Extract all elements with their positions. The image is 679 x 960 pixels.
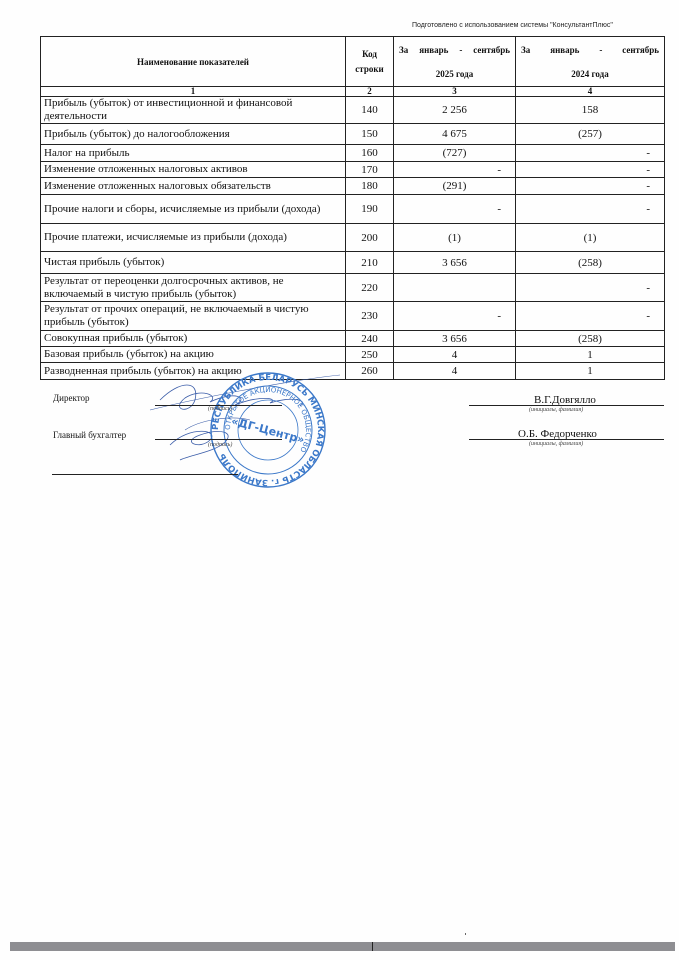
header-current-period: За январь - сентябрь 2025 года	[394, 37, 516, 87]
row-previous-value: (258)	[516, 331, 665, 347]
table-row: Прибыль (убыток) до налогообложения1504 …	[41, 124, 665, 145]
column-number: 3	[394, 87, 516, 97]
header-current-year: 2025 года	[397, 69, 512, 79]
row-name: Прочие платежи, исчисляемые из прибыли (…	[41, 224, 346, 252]
header-previous-period: За январь - сентябрь 2024 года	[516, 37, 665, 87]
row-previous-value: -	[516, 162, 665, 178]
row-previous-value: -	[516, 178, 665, 195]
header-word: сентябрь	[622, 45, 659, 55]
row-current-value: 4	[394, 363, 516, 380]
column-number-row: 1 2 3 4	[41, 87, 665, 97]
row-name: Прибыль (убыток) от инвестиционной и фин…	[41, 97, 346, 124]
stamp-center-text: «ДГ-Центр»	[230, 414, 306, 446]
document-page: Подготовлено с использованием системы "К…	[0, 0, 679, 960]
company-stamp: РЕСПУБЛИКА БЕЛАРУСЬ МИНСКАЯ ОБЛАСТЬ г. З…	[208, 370, 328, 490]
director-signature-caption: (подпись)	[208, 406, 232, 412]
header-word: За	[399, 45, 408, 55]
chief-accountant-name-caption: (инициалы, фамилия)	[529, 441, 583, 447]
row-name: Чистая прибыль (убыток)	[41, 252, 346, 274]
source-note: Подготовлено с использованием системы "К…	[412, 22, 613, 29]
row-code: 160	[346, 145, 394, 162]
row-name: Налог на прибыль	[41, 145, 346, 162]
column-number: 4	[516, 87, 665, 97]
director-role: Директор	[53, 393, 90, 403]
header-word: -	[599, 45, 602, 55]
row-name: Прибыль (убыток) до налогообложения	[41, 124, 346, 145]
row-previous-value: 158	[516, 97, 665, 124]
row-previous-value: -	[516, 302, 665, 331]
header-code: Код строки	[346, 37, 394, 87]
table-row: Изменение отложенных налоговых активов17…	[41, 162, 665, 178]
row-previous-value: -	[516, 274, 665, 302]
row-name: Изменение отложенных налоговых обязатель…	[41, 178, 346, 195]
row-current-value	[394, 274, 516, 302]
scan-edge-tick	[372, 942, 373, 951]
table-row: Изменение отложенных налоговых обязатель…	[41, 178, 665, 195]
header-row: Наименование показателей Код строки За я…	[41, 37, 665, 87]
row-current-value: 2 256	[394, 97, 516, 124]
blank-signature-line	[52, 474, 238, 475]
row-name: Прочие налоги и сборы, исчисляемые из пр…	[41, 195, 346, 224]
table-row: Результат от переоценки долгосрочных акт…	[41, 274, 665, 302]
row-code: 200	[346, 224, 394, 252]
row-previous-value: (257)	[516, 124, 665, 145]
row-code: 210	[346, 252, 394, 274]
header-code-line2: строки	[349, 62, 390, 77]
table-row: Результат от прочих операций, не включае…	[41, 302, 665, 331]
row-code: 250	[346, 347, 394, 363]
table-row: Разводненная прибыль (убыток) на акцию26…	[41, 363, 665, 380]
row-current-value: (1)	[394, 224, 516, 252]
scan-artifact	[465, 933, 466, 935]
row-name: Результат от переоценки долгосрочных акт…	[41, 274, 346, 302]
row-code: 180	[346, 178, 394, 195]
table-row: Базовая прибыль (убыток) на акцию25041	[41, 347, 665, 363]
row-current-value: 3 656	[394, 252, 516, 274]
chief-accountant-name-line	[469, 439, 664, 440]
table-row: Чистая прибыль (убыток)2103 656(258)	[41, 252, 665, 274]
column-number: 1	[41, 87, 346, 97]
row-name: Совокупная прибыль (убыток)	[41, 331, 346, 347]
row-code: 220	[346, 274, 394, 302]
row-current-value: (727)	[394, 145, 516, 162]
row-current-value: 4	[394, 347, 516, 363]
table-row: Совокупная прибыль (убыток)2403 656(258)	[41, 331, 665, 347]
header-previous-year: 2024 года	[519, 69, 661, 79]
row-previous-value: -	[516, 195, 665, 224]
chief-accountant-role: Главный бухгалтер	[53, 430, 126, 440]
row-code: 230	[346, 302, 394, 331]
row-code: 240	[346, 331, 394, 347]
director-name-caption: (инициалы, фамилия)	[529, 407, 583, 413]
row-current-value: 4 675	[394, 124, 516, 145]
row-previous-value: (1)	[516, 224, 665, 252]
row-current-value: -	[394, 162, 516, 178]
row-code: 170	[346, 162, 394, 178]
table-row: Прибыль (убыток) от инвестиционной и фин…	[41, 97, 665, 124]
row-current-value: -	[394, 302, 516, 331]
header-word: январь	[550, 45, 579, 55]
row-code: 140	[346, 97, 394, 124]
row-name: Изменение отложенных налоговых активов	[41, 162, 346, 178]
row-current-value: -	[394, 195, 516, 224]
row-previous-value: (258)	[516, 252, 665, 274]
header-word: За	[521, 45, 530, 55]
header-word: -	[459, 45, 462, 55]
header-word: январь	[419, 45, 448, 55]
row-name: Результат от прочих операций, не включае…	[41, 302, 346, 331]
chief-accountant-signature-caption: (подпись)	[208, 442, 232, 448]
column-number: 2	[346, 87, 394, 97]
table-row: Прочие налоги и сборы, исчисляемые из пр…	[41, 195, 665, 224]
row-name: Базовая прибыль (убыток) на акцию	[41, 347, 346, 363]
director-name-line	[469, 405, 664, 406]
income-statement-table: Наименование показателей Код строки За я…	[40, 36, 665, 380]
table-row: Прочие платежи, исчисляемые из прибыли (…	[41, 224, 665, 252]
chief-accountant-signature-line	[155, 439, 282, 440]
row-current-value: 3 656	[394, 331, 516, 347]
scan-edge-bar	[10, 942, 675, 951]
row-previous-value: 1	[516, 363, 665, 380]
row-current-value: (291)	[394, 178, 516, 195]
row-code: 260	[346, 363, 394, 380]
row-previous-value: -	[516, 145, 665, 162]
header-word: сентябрь	[473, 45, 510, 55]
row-code: 190	[346, 195, 394, 224]
table-row: Налог на прибыль160(727)-	[41, 145, 665, 162]
header-name: Наименование показателей	[41, 37, 346, 87]
row-previous-value: 1	[516, 347, 665, 363]
row-code: 150	[346, 124, 394, 145]
header-code-line1: Код	[349, 47, 390, 62]
